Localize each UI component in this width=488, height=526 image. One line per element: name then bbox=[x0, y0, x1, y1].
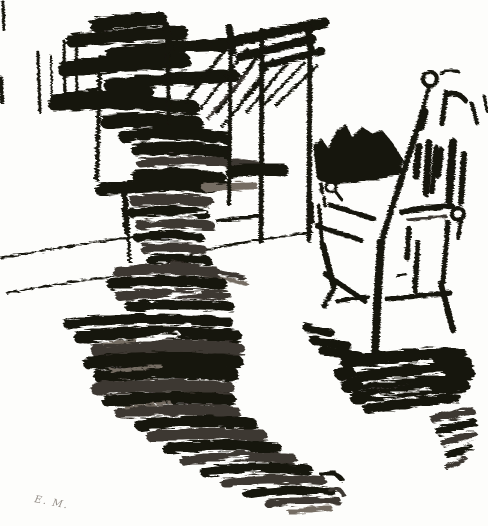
artwork-page: E. M. bbox=[0, 0, 488, 526]
chair-shadow bbox=[307, 328, 473, 467]
drawing-svg: E. M. bbox=[0, 0, 488, 526]
chair-finial-ring bbox=[423, 72, 437, 86]
window-blind-hatching bbox=[186, 23, 324, 126]
empty-chair bbox=[313, 70, 487, 358]
ink-drawing: E. M. bbox=[0, 0, 488, 526]
artist-signature: E. M. bbox=[32, 494, 69, 512]
signature-text: E. M. bbox=[32, 494, 69, 512]
